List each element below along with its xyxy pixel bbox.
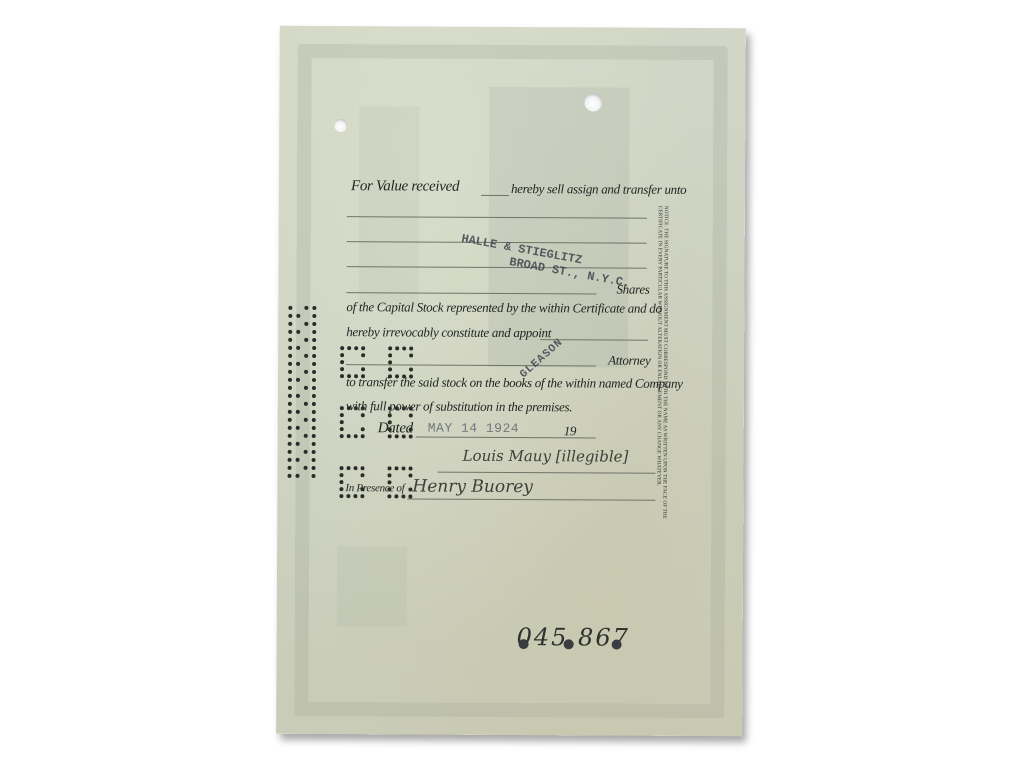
assignment-appoint-line: hereby irrevocably constitute and appoin… [346,324,551,341]
show-through-face [358,106,419,306]
punch-dot [564,639,574,649]
year-prefix: 19 [564,423,576,439]
punch-dot [519,639,529,649]
blank-line [481,195,509,196]
assignment-substitution-line: with full power of substitution in the p… [346,398,572,415]
date-stamp: MAY 14 1924 [428,421,519,436]
punch-dot [612,640,622,650]
attorney-label: Attorney [608,353,650,369]
punch-hole [584,93,602,111]
assignment-capital-line: of the Capital Stock represented by the … [346,299,661,317]
assignor-signature: Louis Mauy [illegible] [463,447,629,466]
witness-label: In Presence of [345,482,404,494]
show-through-face [337,546,407,626]
assignment-transfer-text: hereby sell assign and transfer unto [511,181,686,198]
witness-signature: Henry Buorey [412,476,533,497]
assignment-intro: For Value received [351,178,459,196]
punch-hole [334,119,347,132]
certificate-paper: For Value received hereby sell assign an… [276,26,746,736]
signature-notice-text: NOTICE. THE SIGNATURE TO THIS ASSIGNMENT… [655,206,669,526]
signature-notice: NOTICE. THE SIGNATURE TO THIS ASSIGNMENT… [655,206,671,526]
